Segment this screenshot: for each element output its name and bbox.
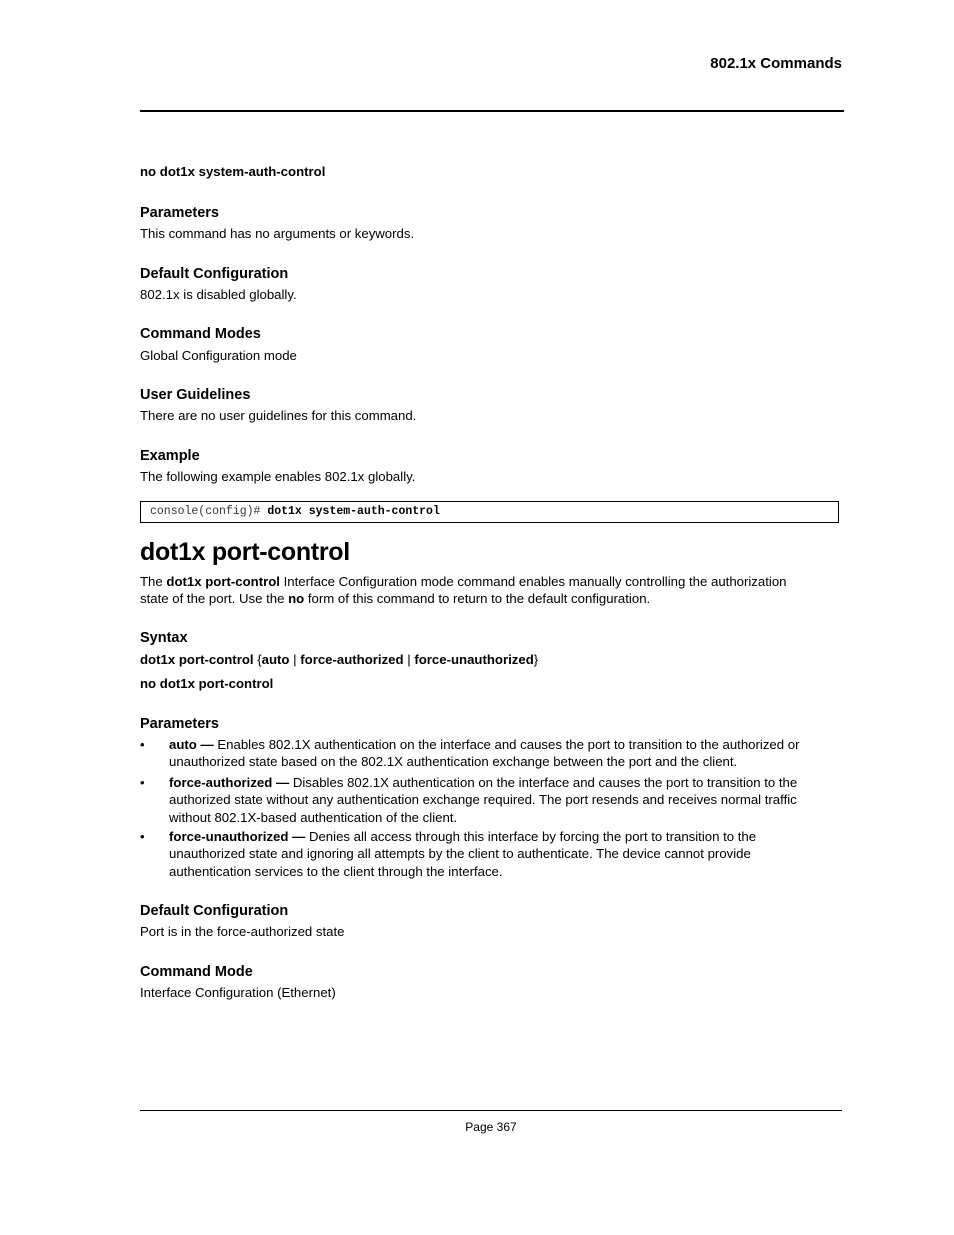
footer-divider — [140, 1110, 842, 1111]
code-command: dot1x system-auth-control — [267, 505, 440, 518]
default-config-text: Port is in the force-authorized state — [140, 923, 345, 940]
bullet-icon: • — [140, 736, 145, 753]
header-divider — [140, 110, 844, 112]
parameter-desc: without 802.1X-based authentication of t… — [169, 810, 457, 825]
parameter-desc: unauthorized state based on the 802.1X a… — [169, 754, 737, 769]
command-mode-text: Interface Configuration (Ethernet) — [140, 984, 336, 1001]
example-code-block: console(config)# dot1x system-auth-contr… — [140, 501, 839, 523]
command-mode-heading: Command Mode — [140, 964, 253, 980]
parameter-item-force-unauthorized: • force-unauthorized — Denies all access… — [140, 828, 842, 880]
running-header: 802.1x Commands — [710, 55, 842, 72]
syntax-brace: { — [254, 652, 262, 667]
intro-text: Interface Configuration mode command ena… — [280, 574, 787, 589]
prev-parameters-heading: Parameters — [140, 205, 219, 221]
prev-modes-text: Global Configuration mode — [140, 347, 297, 364]
parameter-item-force-authorized: • force-authorized — Disables 802.1X aut… — [140, 774, 842, 826]
parameter-desc: authentication services to the client th… — [169, 864, 503, 879]
syntax-separator: | — [289, 652, 300, 667]
syntax-command: dot1x port-control — [140, 652, 254, 667]
parameter-desc: authorized state without any authenticat… — [169, 792, 797, 807]
intro-text: state of the port. Use the — [140, 591, 288, 606]
page-number: Page 367 — [140, 1120, 842, 1134]
intro-command-name: dot1x port-control — [166, 574, 280, 589]
prev-default-heading: Default Configuration — [140, 266, 288, 282]
bullet-icon: • — [140, 774, 145, 791]
bullet-icon: • — [140, 828, 145, 845]
prev-guidelines-text: There are no user guidelines for this co… — [140, 407, 416, 424]
prev-guidelines-heading: User Guidelines — [140, 387, 250, 403]
parameter-name: force-unauthorized — — [169, 829, 305, 844]
command-title: dot1x port-control — [140, 538, 350, 567]
parameters-heading: Parameters — [140, 716, 219, 732]
prev-example-heading: Example — [140, 448, 200, 464]
syntax-option-force-authorized: force-authorized — [300, 652, 403, 667]
command-intro-line2: state of the port. Use the no form of th… — [140, 590, 650, 607]
parameter-desc: unauthorized state and ignoring all atte… — [169, 846, 751, 861]
intro-text: form of this command to return to the de… — [304, 591, 650, 606]
syntax-option-auto: auto — [262, 652, 290, 667]
syntax-option-force-unauthorized: force-unauthorized — [414, 652, 533, 667]
intro-text: The — [140, 574, 166, 589]
prev-example-text: The following example enables 802.1x glo… — [140, 468, 415, 485]
parameter-desc: Disables 802.1X authentication on the in… — [289, 775, 797, 790]
syntax-line-1: dot1x port-control {auto | force-authori… — [140, 651, 538, 668]
parameter-item-auto: • auto — Enables 802.1X authentication o… — [140, 736, 842, 771]
intro-no-keyword: no — [288, 591, 304, 606]
parameter-name: force-authorized — — [169, 775, 289, 790]
prev-default-text: 802.1x is disabled globally. — [140, 286, 297, 303]
parameter-desc: Denies all access through this interface… — [305, 829, 756, 844]
syntax-line-2: no dot1x port-control — [140, 676, 273, 691]
prev-syntax: no dot1x system-auth-control — [140, 164, 325, 179]
prev-modes-heading: Command Modes — [140, 326, 261, 342]
command-intro-line1: The dot1x port-control Interface Configu… — [140, 573, 787, 590]
syntax-separator: | — [404, 652, 415, 667]
syntax-heading: Syntax — [140, 630, 188, 646]
prev-parameters-text: This command has no arguments or keyword… — [140, 225, 414, 242]
default-config-heading: Default Configuration — [140, 903, 288, 919]
parameter-name: auto — — [169, 737, 214, 752]
code-prompt: console(config)# — [150, 505, 260, 518]
parameter-desc: Enables 802.1X authentication on the int… — [214, 737, 800, 752]
syntax-brace: } — [534, 652, 538, 667]
